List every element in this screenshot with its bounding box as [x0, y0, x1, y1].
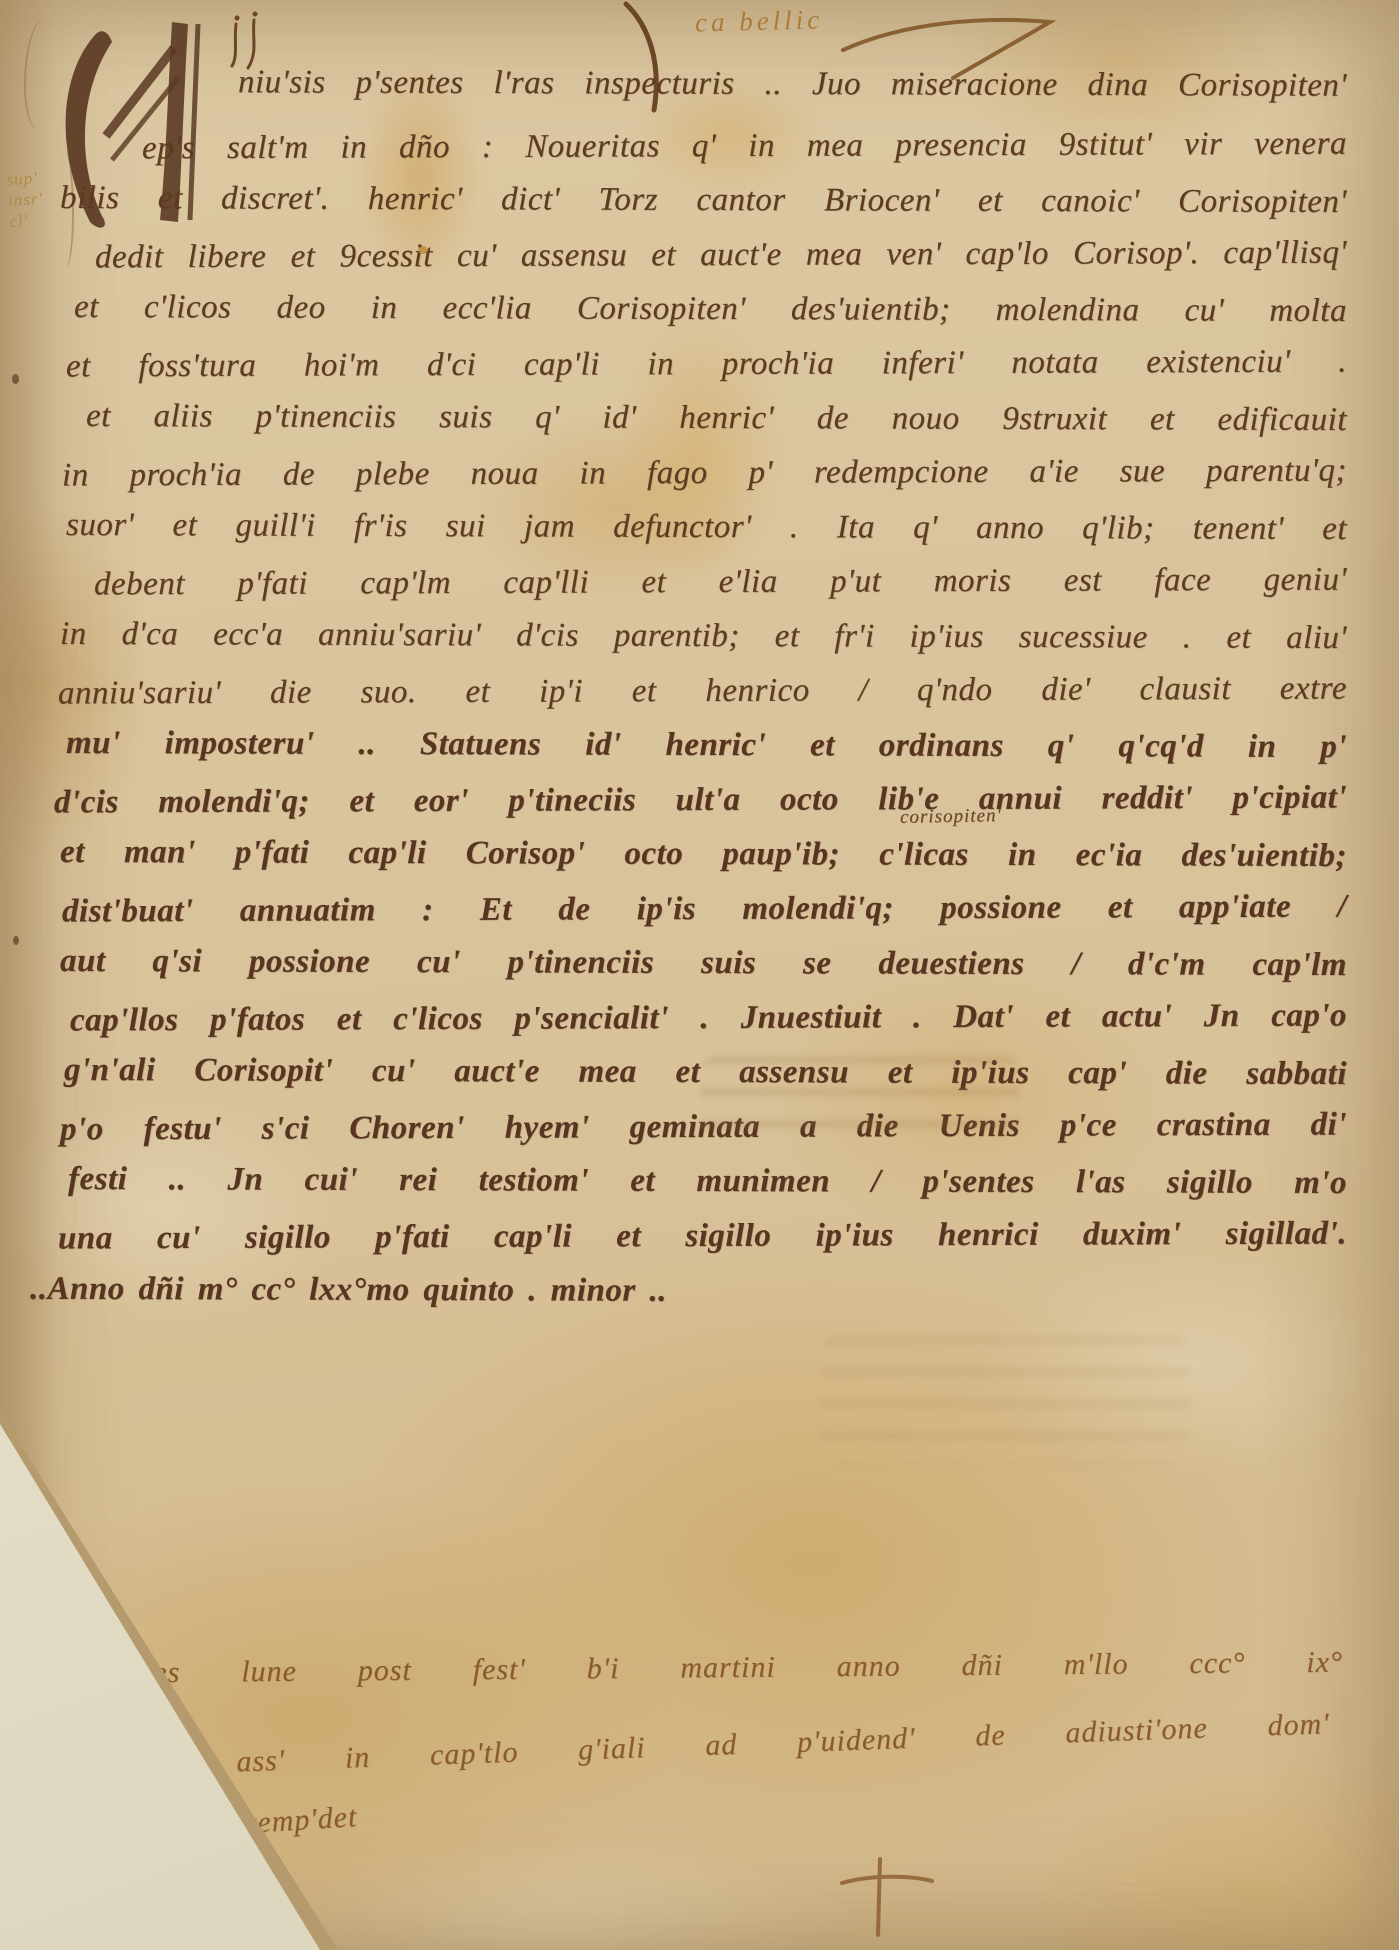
ink-speck	[13, 936, 19, 945]
charter-date-line: ..Anno dñi m° cc° lxx°mo quinto . minor …	[30, 1267, 810, 1317]
ink-bleedthrough	[700, 1055, 1020, 1151]
charter-line: aut q'si possione cu' p'tinenciis suis s…	[60, 939, 1347, 991]
ink-speck	[12, 374, 19, 384]
ink-speck	[418, 246, 428, 254]
manuscript-page: ca bellic sup' insr' cl' niu'sis p'sente…	[0, 0, 1399, 1950]
interlinear-addition: corisopiten'	[900, 805, 1002, 829]
charter-line: in d'ca ecc'a anniu'sariu' d'cis parenti…	[60, 612, 1347, 664]
charter-line: dist'buat' annuatim : Et de ip'is molend…	[62, 885, 1347, 938]
charter-line: mu' imposteru' .. Statuens id' henric' e…	[66, 721, 1347, 773]
charter-line: et foss'tura hoi'm d'ci cap'li in proch'…	[66, 340, 1347, 393]
charter-line: in proch'ia de plebe noua in fago p' red…	[62, 449, 1347, 502]
charter-line: ep's salt'm in dño : Noueritas q' in mea…	[142, 122, 1347, 175]
charter-line: niu'sis p'sentes l'ras inspecturis .. Ju…	[238, 60, 1347, 111]
charter-line: anniu'sariu' die suo. et ip'i et henrico…	[58, 667, 1347, 720]
charter-line: d'cis molendi'q; et eor' p'tineciis ult'…	[54, 776, 1347, 829]
charter-line: dedit libere et 9cessit cu' assensu et a…	[95, 231, 1347, 284]
charter-line: una cu' sigillo p'fati cap'li et sigillo…	[58, 1212, 1347, 1265]
charter-line: cap'llos p'fatos et c'licos p'sencialit'…	[70, 994, 1347, 1047]
charter-line: bilis et discret'. henric' dict' Torz ca…	[60, 176, 1347, 228]
charter-line: et c'licos deo in ecc'lia Corisopiten' d…	[74, 285, 1347, 337]
charter-line: et man' p'fati cap'li Corisop' octo paup…	[60, 830, 1347, 882]
charter-line: suor' et guill'i fr'is sui jam defunctor…	[66, 503, 1347, 555]
charter-line: festi .. Jn cui' rei testiom' et munimen…	[68, 1157, 1347, 1209]
ink-bleedthrough	[820, 1335, 1190, 1465]
charter-line: debent p'fati cap'lm cap'lli et e'lia p'…	[94, 558, 1347, 611]
charter-line: et aliis p'tinenciis suis q' id' henric'…	[86, 394, 1347, 446]
pen-flourish	[820, 1855, 940, 1945]
